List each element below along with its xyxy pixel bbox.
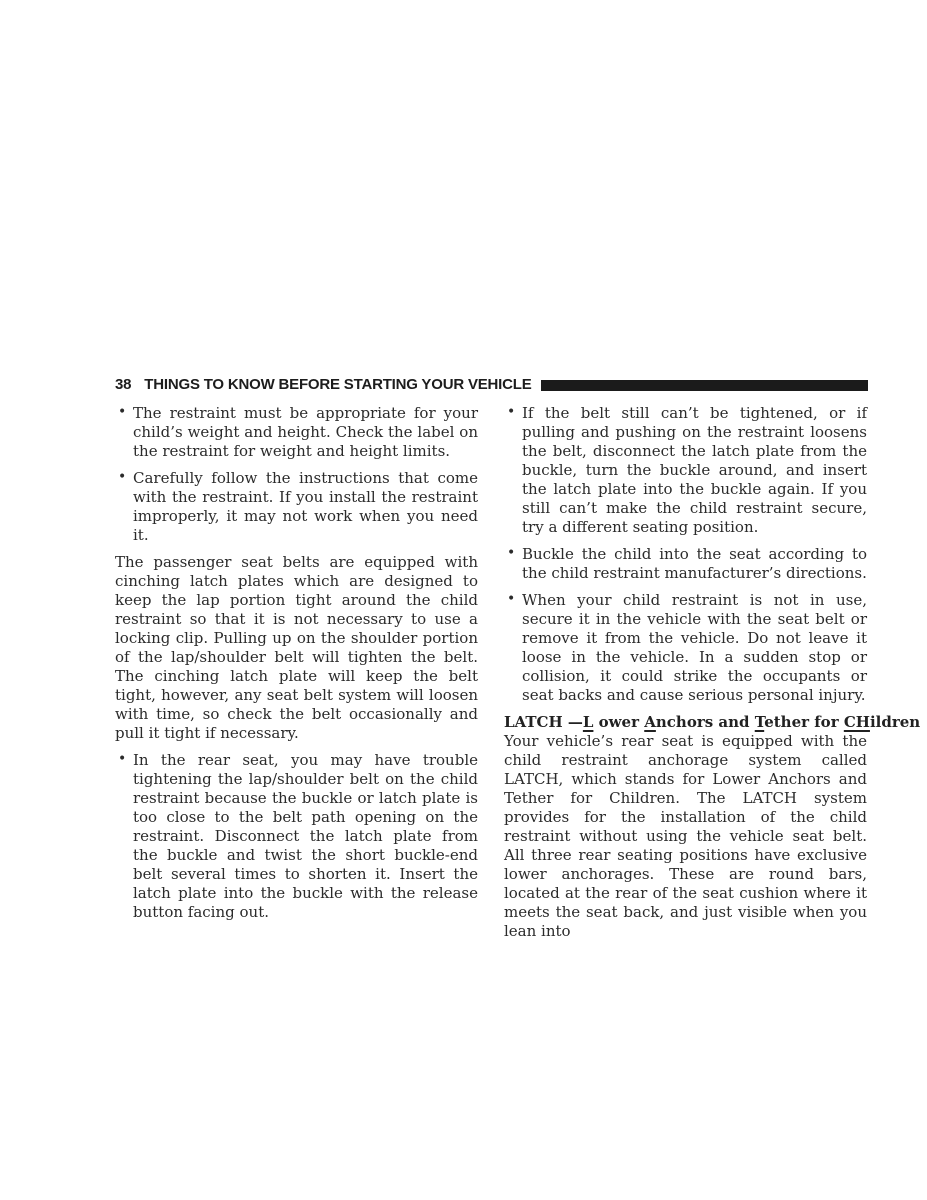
bullet-icon: • (118, 468, 126, 487)
right-column: • If the belt still can’t be tightened, … (504, 404, 867, 941)
latch-heading-underlined-letter: T (755, 713, 764, 731)
latch-heading-text: ildren (870, 713, 920, 731)
list-item: • In the rear seat, you may have trouble… (115, 751, 478, 922)
latch-heading-text: ether for (764, 713, 844, 731)
latch-heading-underlined-letter: L (583, 713, 594, 731)
latch-heading-text: ower (593, 713, 644, 731)
list-item: • When your child restraint is not in us… (504, 591, 867, 705)
page-title: THINGS TO KNOW BEFORE STARTING YOUR VEHI… (144, 378, 531, 392)
header-rule-bar (541, 380, 868, 391)
two-column-layout: • The restraint must be appropriate for … (115, 404, 868, 941)
bullet-icon: • (507, 403, 515, 422)
list-item-text: The restraint must be appropriate for yo… (133, 404, 478, 460)
list-item: • Buckle the child into the seat accordi… (504, 545, 867, 583)
latch-heading-text: nchors and (656, 713, 755, 731)
latch-heading-underlined-letter: A (644, 713, 656, 731)
list-item-text: Carefully follow the instructions that c… (133, 469, 478, 544)
bullet-icon: • (507, 590, 515, 609)
list-item-text: In the rear seat, you may have trouble t… (133, 751, 478, 921)
page-number: 38 (115, 378, 131, 392)
list-item: • If the belt still can’t be tightened, … (504, 404, 867, 537)
list-item-text: When your child restraint is not in use,… (522, 591, 867, 704)
list-item-text: Buckle the child into the seat according… (522, 545, 867, 582)
list-item: • The restraint must be appropriate for … (115, 404, 478, 461)
latch-section-heading: LATCH —L ower Anchors and Tether for CHi… (504, 713, 867, 732)
bullet-icon: • (118, 750, 126, 769)
page-content: 38 THINGS TO KNOW BEFORE STARTING YOUR V… (115, 378, 868, 941)
manual-page: 38 THINGS TO KNOW BEFORE STARTING YOUR V… (0, 0, 927, 1200)
list-item-text: If the belt still can’t be tightened, or… (522, 404, 867, 536)
body-paragraph: The passenger seat belts are equipped wi… (115, 553, 478, 743)
latch-heading-underlined-letter: CH (844, 713, 870, 731)
bullet-icon: • (118, 403, 126, 422)
left-column: • The restraint must be appropriate for … (115, 404, 478, 941)
bullet-icon: • (507, 544, 515, 563)
list-item: • Carefully follow the instructions that… (115, 469, 478, 545)
latch-heading-text: LATCH — (504, 713, 583, 731)
latch-paragraph: Your vehicle’s rear seat is equipped wit… (504, 732, 867, 941)
page-header: 38 THINGS TO KNOW BEFORE STARTING YOUR V… (115, 378, 868, 392)
